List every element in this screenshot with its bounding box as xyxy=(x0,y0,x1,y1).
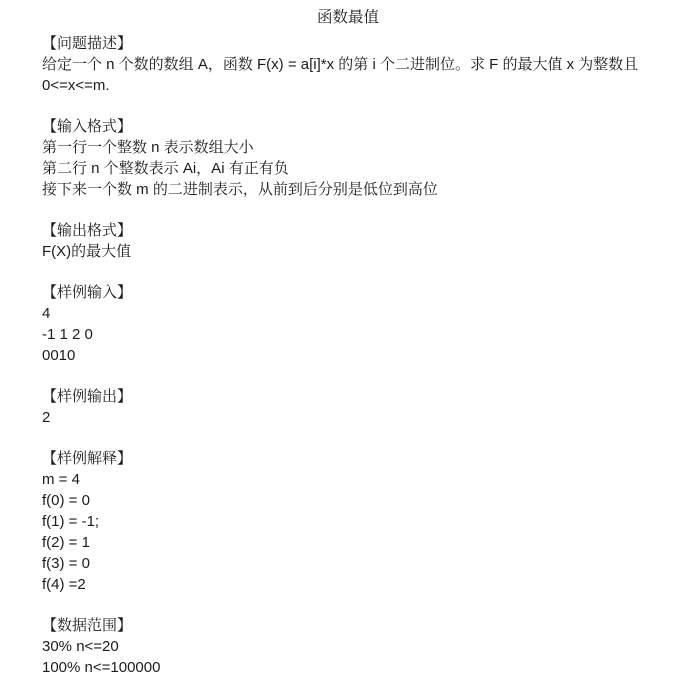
section-data-range: 【数据范围】 30% n<=20 100% n<=100000 xyxy=(42,615,672,678)
doc-line: 2 xyxy=(42,407,672,428)
section-sample-explanation: 【样例解释】 m = 4 f(0) = 0 f(1) = -1; f(2) = … xyxy=(42,448,672,595)
doc-line: F(X)的最大值 xyxy=(42,241,672,262)
section-output-format: 【输出格式】 F(X)的最大值 xyxy=(42,220,672,262)
doc-line: f(0) = 0 xyxy=(42,490,672,511)
doc-line: 100% n<=100000 xyxy=(42,657,672,678)
doc-line: f(1) = -1; xyxy=(42,511,672,532)
section-problem-description: 【问题描述】 给定一个 n 个数的数组 A，函数 F(x) = a[i]*x 的… xyxy=(42,33,672,96)
section-heading: 【样例输出】 xyxy=(42,386,672,407)
section-sample-input: 【样例输入】 4 -1 1 2 0 0010 xyxy=(42,282,672,366)
section-input-format: 【输入格式】 第一行一个整数 n 表示数组大小 第二行 n 个整数表示 Ai，A… xyxy=(42,116,672,200)
doc-line: m = 4 xyxy=(42,469,672,490)
doc-line: 第二行 n 个整数表示 Ai，Ai 有正有负 xyxy=(42,158,672,179)
doc-line: 30% n<=20 xyxy=(42,636,672,657)
document-page: 函数最值 【问题描述】 给定一个 n 个数的数组 A，函数 F(x) = a[i… xyxy=(0,0,692,682)
section-heading: 【样例解释】 xyxy=(42,448,672,469)
section-heading: 【数据范围】 xyxy=(42,615,672,636)
doc-line: 接下来一个数 m 的二进制表示，从前到后分别是低位到高位 xyxy=(42,179,672,200)
doc-line: f(2) = 1 xyxy=(42,532,672,553)
section-heading: 【问题描述】 xyxy=(42,33,672,54)
doc-line: 第一行一个整数 n 表示数组大小 xyxy=(42,137,672,158)
doc-line: 给定一个 n 个数的数组 A，函数 F(x) = a[i]*x 的第 i 个二进… xyxy=(42,54,672,75)
section-heading: 【输入格式】 xyxy=(42,116,672,137)
doc-line: 0<=x<=m. xyxy=(42,75,672,96)
doc-line: -1 1 2 0 xyxy=(42,324,672,345)
section-heading: 【输出格式】 xyxy=(42,220,672,241)
document-title: 函数最值 xyxy=(42,7,654,28)
section-sample-output: 【样例输出】 2 xyxy=(42,386,672,428)
doc-line: 4 xyxy=(42,303,672,324)
doc-line: f(4) =2 xyxy=(42,574,672,595)
section-heading: 【样例输入】 xyxy=(42,282,672,303)
doc-line: f(3) = 0 xyxy=(42,553,672,574)
doc-line: 0010 xyxy=(42,345,672,366)
